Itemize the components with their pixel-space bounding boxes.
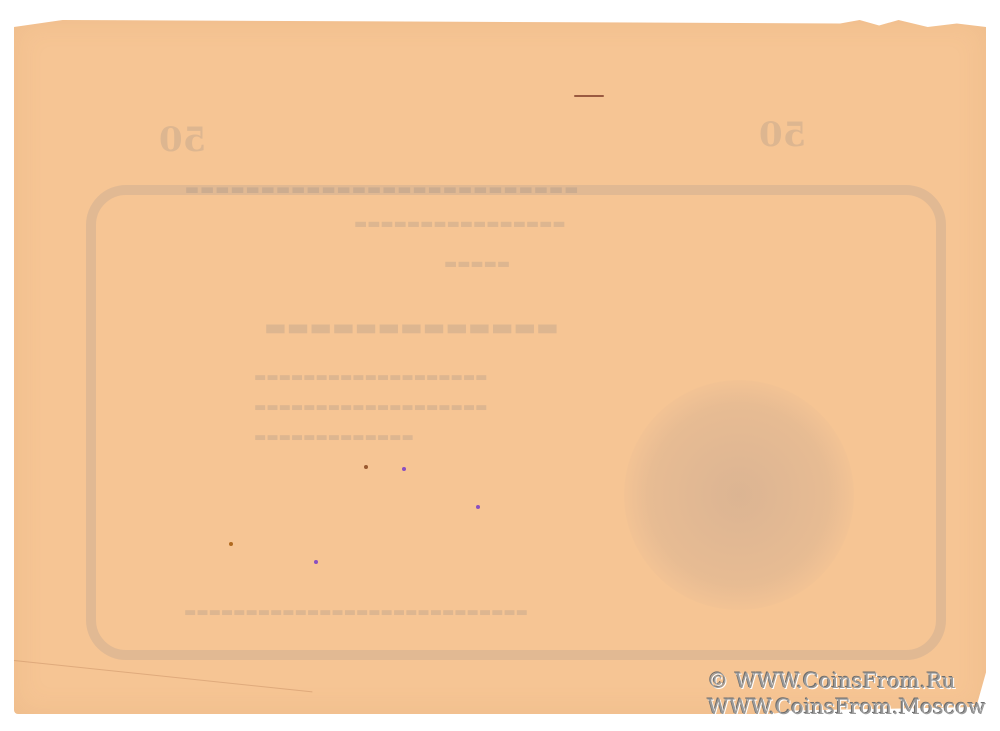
ink-speck (229, 542, 233, 546)
ink-speck (402, 467, 406, 471)
watermark-line-1: © WWW.CoinsFrom.Ru (707, 668, 986, 694)
ink-speck (476, 505, 480, 509)
watermark: © WWW.CoinsFrom.Ru WWW.CoinsFrom.Moscow (707, 668, 986, 720)
bleed-through-text-line: ▬▬▬▬▬ (444, 256, 510, 272)
bleed-through-numeral-right: 50 (759, 115, 806, 155)
bleed-through-text-line: ▬▬▬▬▬▬▬▬▬▬▬▬▬ (264, 312, 559, 341)
bleed-through-text-line: ▬▬▬▬▬▬▬▬▬▬▬▬▬▬▬▬▬▬▬ (254, 370, 487, 385)
bleed-through-text-line: ▬▬▬▬▬▬▬▬▬▬▬▬▬▬▬▬▬▬▬▬▬▬▬▬▬▬▬▬ (184, 605, 528, 620)
bleed-through-text-line: ▬▬▬▬▬▬▬▬▬▬▬▬▬▬▬▬▬▬▬▬▬▬▬▬▬▬ (184, 180, 578, 198)
watermark-line-2: WWW.CoinsFrom.Moscow (707, 694, 986, 720)
bleed-through-text-line: ▬▬▬▬▬▬▬▬▬▬▬▬▬▬▬▬▬▬▬ (254, 400, 487, 415)
ink-speck (364, 465, 368, 469)
bleed-through-text-line: ▬▬▬▬▬▬▬▬▬▬▬▬▬▬▬▬ (354, 216, 566, 232)
banknote-reverse: 50 50 ▬▬▬▬▬▬▬▬▬▬▬▬▬▬▬▬▬▬▬▬▬▬▬▬▬▬ ▬▬▬▬▬▬▬… (14, 20, 986, 714)
bleed-through-numeral-left: 50 (159, 120, 206, 160)
ink-mark (574, 95, 604, 97)
bleed-through-text-line: ▬▬▬▬▬▬▬▬▬▬▬▬▬ (254, 430, 414, 445)
faded-circular-stamp (624, 380, 854, 610)
ink-speck (314, 560, 318, 564)
